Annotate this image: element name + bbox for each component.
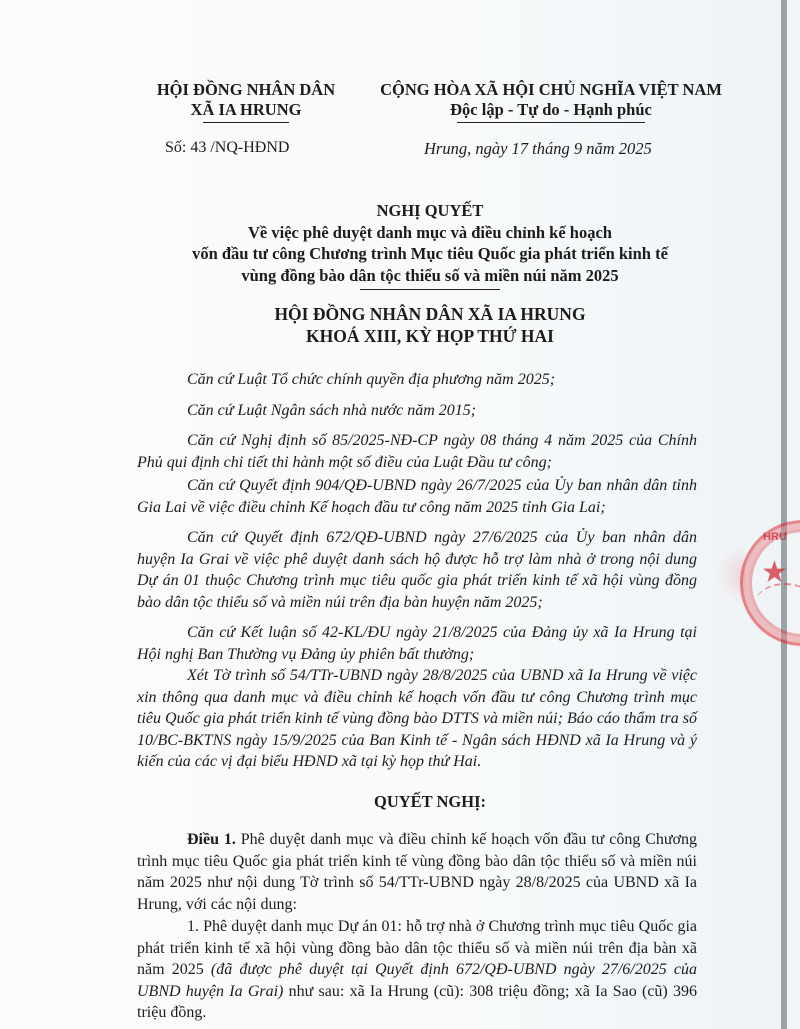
basis-2: Căn cứ Luật Ngân sách nhà nước năm 2015; (137, 400, 697, 422)
article-1-label: Điều 1. (187, 831, 236, 848)
org-line-2: XÃ IA HRUNG (191, 100, 302, 123)
org-name: XÃ IA HRUNG (191, 100, 302, 119)
stamp-text: HRU (763, 531, 787, 543)
stamp-inner-ring (755, 583, 800, 625)
document-number: Số: 43 /NQ-HĐND (165, 139, 289, 157)
resolution-heading: QUYẾT NGHỊ: (150, 792, 710, 812)
place-date: Hrung, ngày 17 tháng 9 năm 2025 (424, 139, 652, 159)
council-line-2: KHOÁ XIII, KỲ HỌP THỨ HAI (150, 325, 710, 347)
title-underline (360, 289, 500, 290)
basis-3: Căn cứ Nghị định số 85/2025-NĐ-CP ngày 0… (137, 430, 697, 473)
basis-4: Căn cứ Quyết định 904/QĐ-UBND ngày 26/7/… (137, 475, 697, 518)
subject-line-3: vùng đồng bào dân tộc thiểu số và miền n… (150, 265, 710, 287)
subject-line-1: Về việc phê duyệt danh mục và điều chỉnh… (150, 222, 710, 244)
basis-1: Căn cứ Luật Tổ chức chính quyền địa phươ… (137, 369, 697, 391)
basis-5: Căn cứ Quyết định 672/QĐ-UBND ngày 27/6/… (137, 527, 697, 613)
national-motto: CỘNG HÒA XÃ HỘI CHỦ NGHĨA VIỆT NAM Độc l… (362, 80, 740, 123)
subject-line-2: vốn đầu tư công Chương trình Mục tiêu Qu… (150, 243, 710, 265)
document-title: NGHỊ QUYẾT Về việc phê duyệt danh mục và… (150, 200, 710, 290)
article-1: Điều 1. Phê duyệt danh mục và điều chỉnh… (137, 829, 697, 915)
issuing-organization: HỘI ĐỒNG NHÂN DÂN XÃ IA HRUNG (130, 80, 362, 123)
org-underline (203, 122, 289, 123)
org-line-1: HỘI ĐỒNG NHÂN DÂN (130, 80, 362, 100)
basis-7: Xét Tờ trình số 54/TTr-UBND ngày 28/8/20… (137, 665, 697, 773)
article-1-item-1: 1. Phê duyệt danh mục Dự án 01: hỗ trợ n… (137, 916, 697, 1024)
council-heading: HỘI ĐỒNG NHÂN DÂN XÃ IA HRUNG KHOÁ XIII,… (150, 303, 710, 347)
nation-line-2: Độc lập - Tự do - Hạnh phúc (362, 100, 740, 120)
basis-6: Căn cứ Kết luận số 42-KL/ĐU ngày 21/8/20… (137, 622, 697, 665)
doc-type: NGHỊ QUYẾT (150, 200, 710, 222)
council-line-1: HỘI ĐỒNG NHÂN DÂN XÃ IA HRUNG (150, 303, 710, 325)
nation-line-1: CỘNG HÒA XÃ HỘI CHỦ NGHĨA VIỆT NAM (362, 80, 740, 100)
motto-underline (457, 122, 645, 123)
page-margin (787, 0, 800, 1029)
